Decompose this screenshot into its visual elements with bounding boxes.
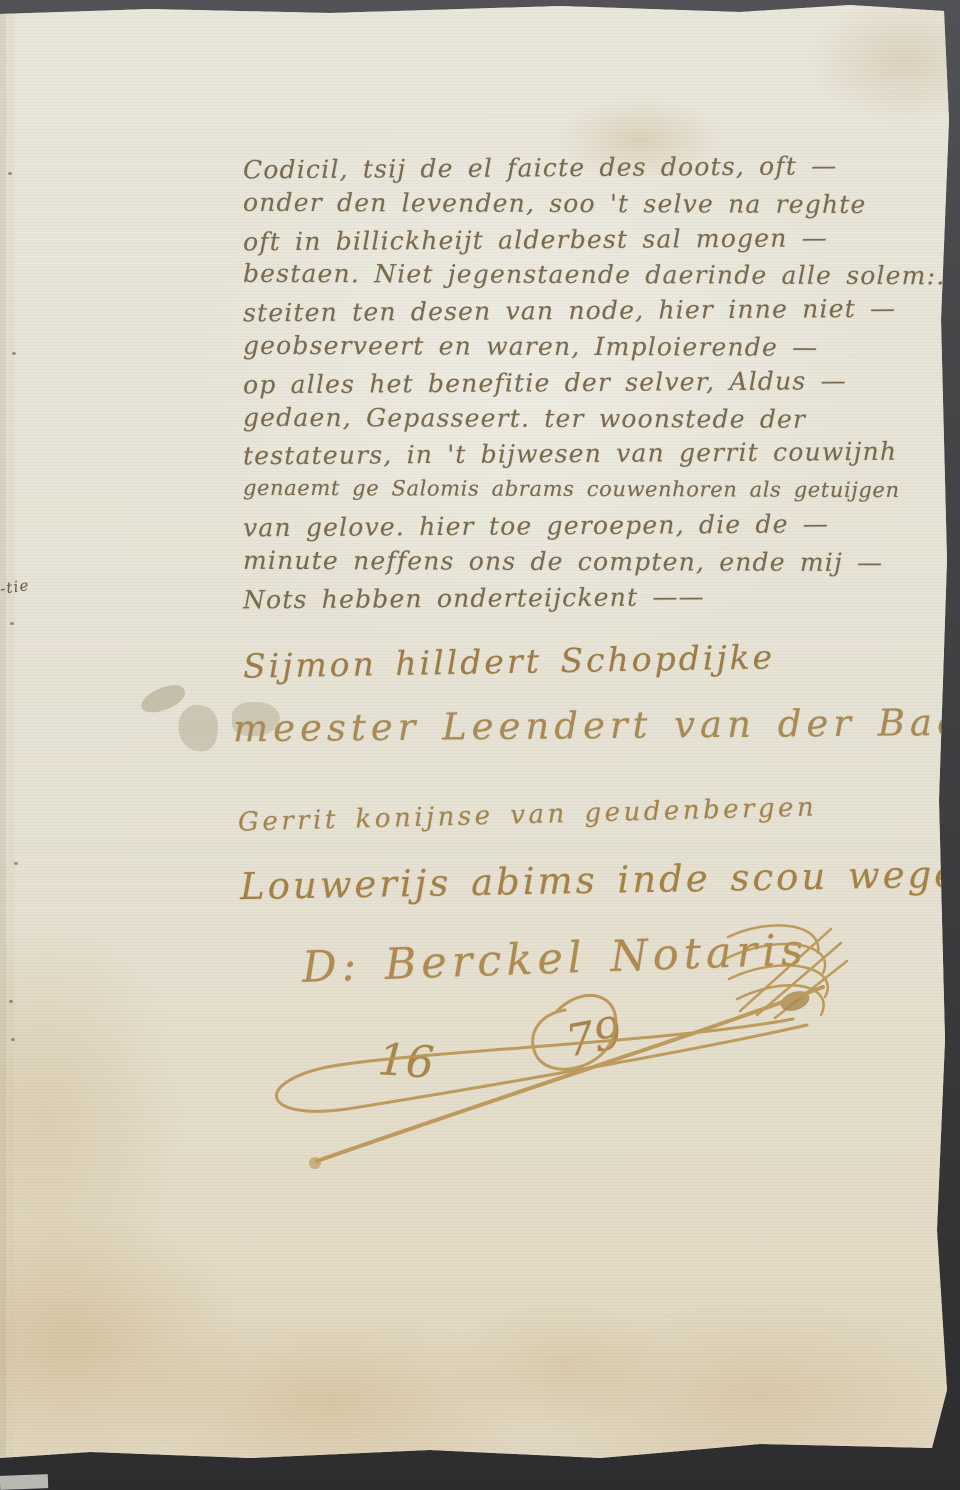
manuscript-paper: -tie Codicil, tsij de el faicte des doot… bbox=[0, 0, 960, 1490]
signature-louwerijs-abims: Louwerijs abims inde scou wegerven bbox=[240, 851, 960, 908]
text-line: testateurs, in 't bijwesen van gerrit co… bbox=[243, 434, 923, 475]
notary-paraph-flourish bbox=[235, 915, 855, 1185]
margin-note: -tie bbox=[0, 576, 31, 598]
ink-speck bbox=[9, 1000, 13, 1003]
signature-leendert-van-der-bael: meester Leendert van der Bael bbox=[233, 701, 960, 751]
ink-speck bbox=[11, 1038, 15, 1041]
codicil-text-block: Codicil, tsij de el faicte des doots, of… bbox=[243, 150, 923, 615]
text-line: minute neffens ons de compten, ende mij … bbox=[243, 543, 923, 581]
paper-stain-blot bbox=[138, 681, 189, 716]
text-line: van gelove. hier toe geroepen, die de — bbox=[243, 506, 923, 547]
ink-speck bbox=[8, 172, 12, 175]
text-line: steiten ten desen van node, hier inne ni… bbox=[243, 291, 923, 332]
scan-stage: -tie Codicil, tsij de el faicte des doot… bbox=[0, 0, 960, 1490]
paper-stain-blot bbox=[175, 702, 221, 753]
text-line: op alles het benefitie der selver, Aldus… bbox=[243, 362, 923, 403]
ink-speck bbox=[10, 622, 14, 625]
text-line: gedaen, Gepasseert. ter woonstede der bbox=[243, 399, 923, 437]
text-line: oft in billickheijt alderbest sal mogen … bbox=[243, 219, 923, 260]
text-line: Codicil, tsij de el faicte des doots, of… bbox=[243, 148, 923, 189]
ink-speck bbox=[12, 352, 16, 355]
text-line: bestaen. Niet jegenstaende daerinde alle… bbox=[243, 256, 923, 294]
text-line: genaemt ge Salomis abrams couwenhoren al… bbox=[243, 471, 923, 509]
text-line: Nots hebben onderteijckent —— bbox=[243, 577, 923, 618]
text-line: geobserveert en waren, Imploierende — bbox=[243, 328, 923, 366]
ink-speck bbox=[14, 862, 18, 865]
signature-gerrit-konijnse: Gerrit konijnse van geudenbergen bbox=[238, 792, 818, 837]
signature-sijmon-hilldert: Sijmon hilldert Schopdijke bbox=[243, 637, 776, 685]
text-line: onder den levenden, soo 't selve na regh… bbox=[243, 185, 923, 223]
underlying-sheet-scrap bbox=[0, 1474, 48, 1490]
